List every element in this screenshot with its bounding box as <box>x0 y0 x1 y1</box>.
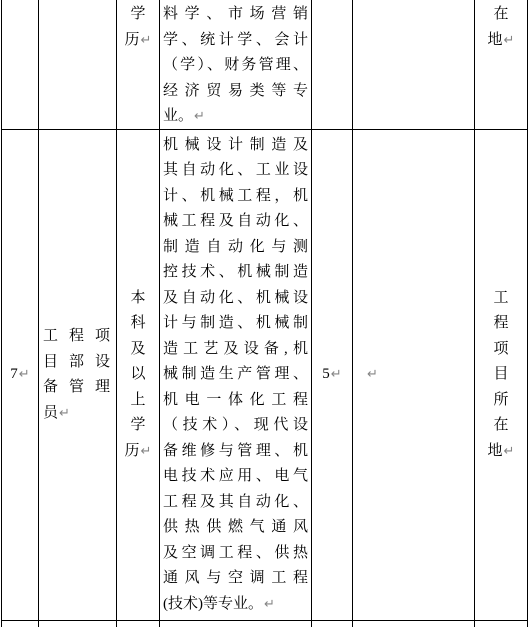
text-line: 历↵ <box>117 28 159 54</box>
text-line: （学）、财务管理、 <box>163 53 308 79</box>
text-line: 科 <box>117 311 159 337</box>
text-line: 备管理 <box>43 375 110 401</box>
prev-row-cell-position[interactable] <box>39 0 117 130</box>
text-line: 项 <box>475 337 527 363</box>
paragraph-mark: ↵ <box>504 33 515 48</box>
text-line: 机电一体化工程 <box>163 388 308 414</box>
text-line: 制造自动化与测 <box>163 235 308 261</box>
text-line: （技术）、现代设 <box>163 413 308 439</box>
document-page: 学历↵ 料学、市场营销学、统计学、会计（学）、财务管理、经济贸易类等专业。↵ 在… <box>0 0 528 627</box>
text-line: 本 <box>117 286 159 312</box>
text-line: (技术)等专业。↵ <box>163 592 308 618</box>
paragraph-mark: ↵ <box>504 444 515 459</box>
text-line: 工程及其自动化、 <box>163 490 308 516</box>
text-line: 经济贸易类等专 <box>163 79 308 105</box>
prev-row-cell-note[interactable] <box>353 0 475 130</box>
text-line: 电技术应用、电气 <box>163 464 308 490</box>
next-row-cell-count[interactable] <box>312 621 353 627</box>
next-row-cell-education[interactable] <box>117 621 160 627</box>
paragraph-mark: ↵ <box>264 597 275 612</box>
prev-row-cell-count[interactable] <box>312 0 353 130</box>
paragraph-mark: ↵ <box>141 444 152 459</box>
text-line: 供热供燃气通风 <box>163 515 308 541</box>
next-row-cell-majors[interactable] <box>160 621 312 627</box>
text-line: 目部设 <box>43 350 110 376</box>
paragraph-mark: ↵ <box>141 33 152 48</box>
text-line: 其自动化、工业设 <box>163 158 308 184</box>
next-row-cell-seq-no[interactable] <box>2 621 39 627</box>
text-line: 员↵ <box>43 401 110 427</box>
text-line: 学 <box>117 413 159 439</box>
row7-cell-majors[interactable]: 机械设计制造及其自动化、工业设计、机械工程，机械工程及自动化、制造自动化与测控技… <box>160 130 312 621</box>
paragraph-mark: ↵ <box>19 367 30 382</box>
prev-row-cell-majors[interactable]: 料学、市场营销学、统计学、会计（学）、财务管理、经济贸易类等专业。↵ <box>160 0 312 130</box>
text-line: 以 <box>117 362 159 388</box>
row7-cell-note[interactable]: ↵ <box>353 130 475 621</box>
count-line: 5↵ <box>322 362 341 388</box>
text-line: 工 <box>475 286 527 312</box>
text-line: 学、统计学、会计 <box>163 28 308 54</box>
text-line: 造工艺及设备,机 <box>163 337 308 363</box>
text-line: 机械设计制造及 <box>163 133 308 159</box>
text-line: 在 <box>475 2 527 28</box>
text-line: 目 <box>475 362 527 388</box>
text-line: 业。↵ <box>163 104 308 130</box>
prev-row-cell-location[interactable]: 在地↵ <box>475 0 528 130</box>
text-line: 及空调工程、供热 <box>163 541 308 567</box>
seq-no-value: 7 <box>10 366 18 382</box>
text-line: 计与制造、机械制 <box>163 311 308 337</box>
text-line: 及 <box>117 337 159 363</box>
paragraph-mark: ↵ <box>367 367 378 382</box>
text-line: 及自动化、机械设 <box>163 286 308 312</box>
paragraph-mark: ↵ <box>59 406 70 421</box>
row7-cell-education[interactable]: 本科及以上学历↵ <box>117 130 160 621</box>
text-line: 在 <box>475 413 527 439</box>
text-line: 地↵ <box>475 439 527 465</box>
row7-cell-count[interactable]: 5↵ <box>312 130 353 621</box>
text-line: 备维修与管理、机 <box>163 439 308 465</box>
next-row-cell-location[interactable] <box>475 621 528 627</box>
row7-cell-seq-no[interactable]: 7↵ <box>2 130 39 621</box>
text-line: 料学、市场营销 <box>163 2 308 28</box>
text-line: 上 <box>117 388 159 414</box>
paragraph-mark: ↵ <box>331 367 342 382</box>
seq-no-line: 7↵ <box>10 362 29 388</box>
prev-row-cell-education[interactable]: 学历↵ <box>117 0 160 130</box>
text-line: 控技术、机械制造 <box>163 260 308 286</box>
text-line: 械工程及自动化、 <box>163 209 308 235</box>
text-line: 通风与空调工程 <box>163 566 308 592</box>
note-line: ↵ <box>366 362 474 388</box>
row7-cell-location[interactable]: 工程项目所在地↵ <box>475 130 528 621</box>
text-line: 程 <box>475 311 527 337</box>
row7-cell-position[interactable]: 工程项目部设备管理员↵ <box>39 130 117 621</box>
next-row-cell-position[interactable] <box>39 621 117 627</box>
text-line: 地↵ <box>475 28 527 54</box>
paragraph-mark: ↵ <box>194 109 205 124</box>
recruitment-table: 学历↵ 料学、市场营销学、统计学、会计（学）、财务管理、经济贸易类等专业。↵ 在… <box>1 0 528 627</box>
count-value: 5 <box>322 366 330 382</box>
text-line: 所 <box>475 388 527 414</box>
text-line: 历↵ <box>117 439 159 465</box>
text-line: 工程项 <box>43 324 110 350</box>
text-line: 械制造生产管理、 <box>163 362 308 388</box>
prev-row-cell-seq-no[interactable] <box>2 0 39 130</box>
next-row-cell-note[interactable] <box>353 621 475 627</box>
text-line: 学 <box>117 2 159 28</box>
text-line: 计、机械工程，机 <box>163 184 308 210</box>
